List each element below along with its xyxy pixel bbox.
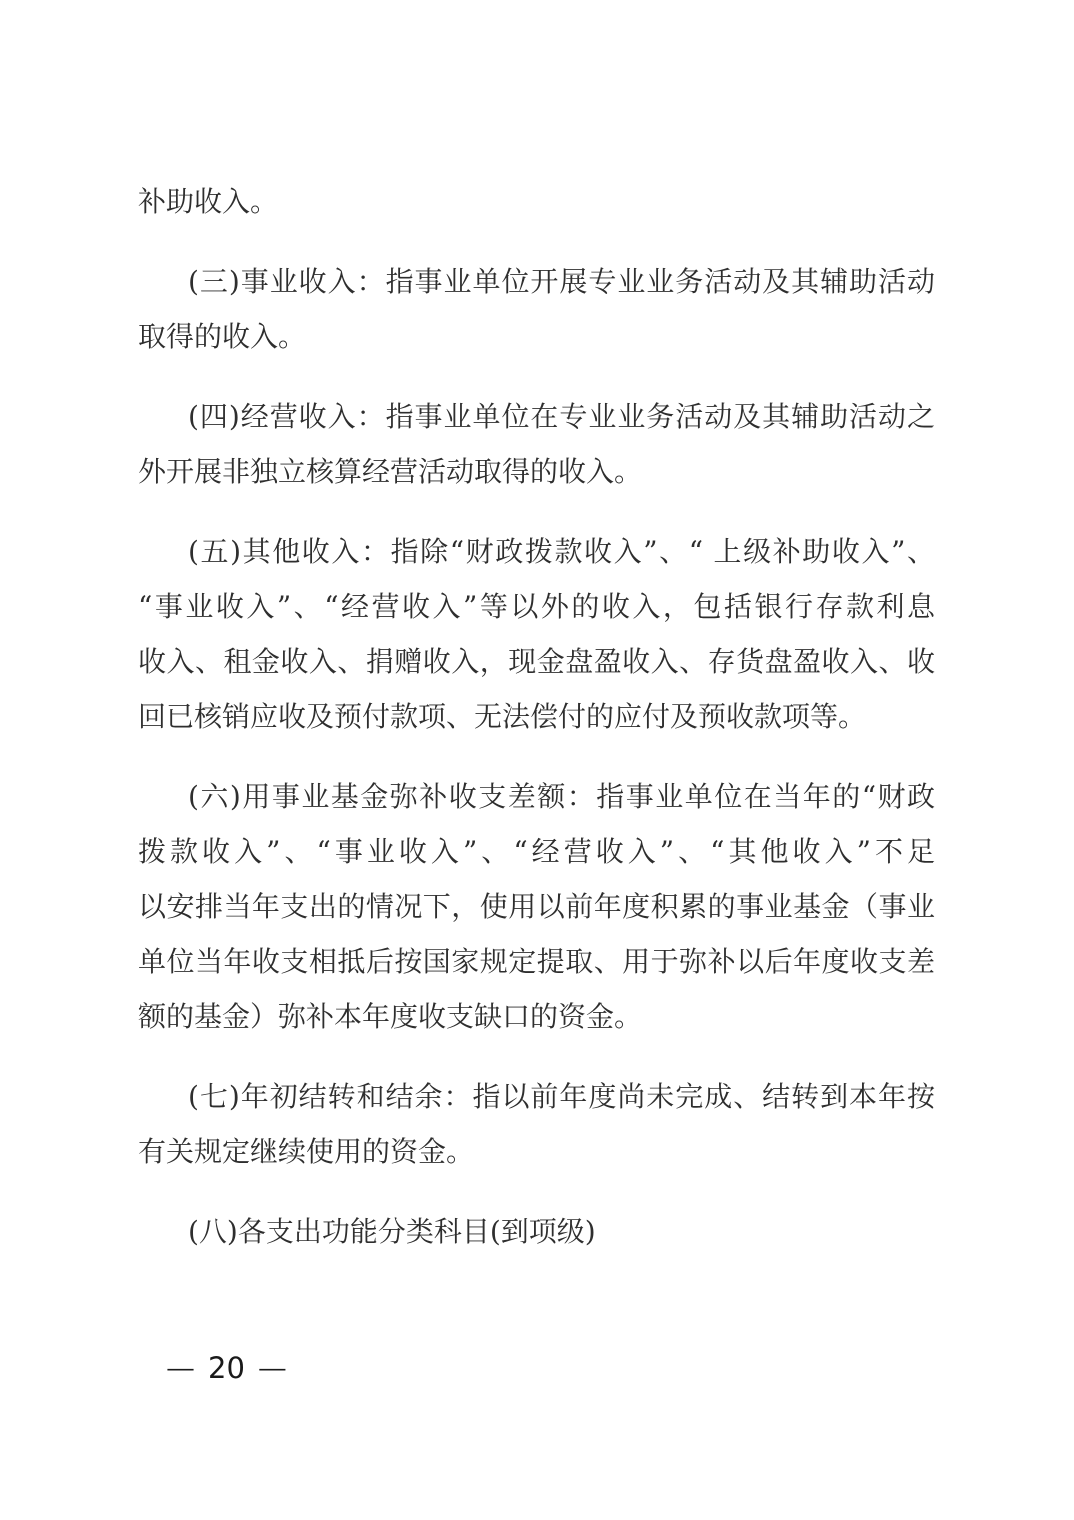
- text-line: 有关规定继续使用的资金。: [138, 1124, 935, 1179]
- text-line: 补助收入。: [138, 174, 935, 229]
- paragraph: (七)年初结转和结余：指以前年度尚未完成、结转到本年按有关规定继续使用的资金。: [138, 1069, 935, 1179]
- paragraph: (四)经营收入：指事业单位在专业业务活动及其辅助活动之外开展非独立核算经营活动取…: [138, 389, 935, 499]
- text-line: (八)各支出功能分类科目(到项级): [138, 1204, 935, 1259]
- text-line: (三)事业收入：指事业单位开展专业业务活动及其辅助活动: [138, 254, 935, 309]
- text-line: “事业收入”、“经营收入”等以外的收入，包括银行存款利息: [138, 579, 935, 634]
- text-line: 单位当年收支相抵后按国家规定提取、用于弥补以后年度收支差: [138, 934, 935, 989]
- paragraph: (五)其他收入：指除“财政拨款收入”、“ 上级补助收入”、“事业收入”、“经营收…: [138, 524, 935, 744]
- paragraph: 补助收入。: [138, 174, 935, 229]
- paragraph: (八)各支出功能分类科目(到项级): [138, 1204, 935, 1259]
- text-line: (六)用事业基金弥补收支差额：指事业单位在当年的“财政: [138, 769, 935, 824]
- text-line: 外开展非独立核算经营活动取得的收入。: [138, 444, 935, 499]
- text-line: (七)年初结转和结余：指以前年度尚未完成、结转到本年按: [138, 1069, 935, 1124]
- text-line: 取得的收入。: [138, 309, 935, 364]
- text-line: (五)其他收入：指除“财政拨款收入”、“ 上级补助收入”、: [138, 524, 935, 579]
- text-line: 额的基金）弥补本年度收支缺口的资金。: [138, 989, 935, 1044]
- text-line: (四)经营收入：指事业单位在专业业务活动及其辅助活动之: [138, 389, 935, 444]
- footer-right-dash: —: [258, 1354, 287, 1381]
- page-footer: — 20 —: [166, 1348, 287, 1388]
- page-number: 20: [208, 1351, 245, 1385]
- text-line: 拨款收入”、“事业收入”、“经营收入”、“其他收入”不足: [138, 824, 935, 879]
- footer-left-dash: —: [166, 1354, 195, 1381]
- text-line: 以安排当年支出的情况下，使用以前年度积累的事业基金（事业: [138, 879, 935, 934]
- document-page: 补助收入。(三)事业收入：指事业单位开展专业业务活动及其辅助活动取得的收入。(四…: [0, 0, 1074, 1520]
- document-body: 补助收入。(三)事业收入：指事业单位开展专业业务活动及其辅助活动取得的收入。(四…: [138, 174, 935, 1284]
- paragraph: (三)事业收入：指事业单位开展专业业务活动及其辅助活动取得的收入。: [138, 254, 935, 364]
- text-line: 收入、租金收入、捐赠收入，现金盘盈收入、存货盘盈收入、收: [138, 634, 935, 689]
- text-line: 回已核销应收及预付款项、无法偿付的应付及预收款项等。: [138, 689, 935, 744]
- paragraph: (六)用事业基金弥补收支差额：指事业单位在当年的“财政拨款收入”、“事业收入”、…: [138, 769, 935, 1044]
